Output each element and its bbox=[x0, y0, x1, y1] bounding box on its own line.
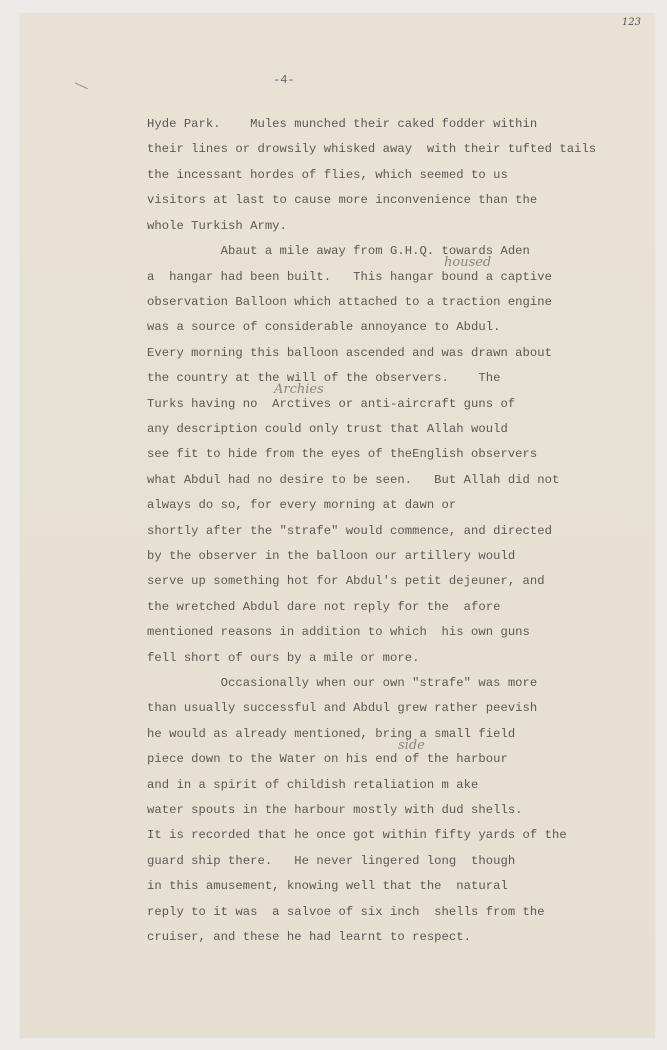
text-line: see fit to hide from the eyes of theEngl… bbox=[147, 447, 537, 461]
text-line: their lines or drowsily whisked away wit… bbox=[147, 142, 596, 156]
text-line: whole Turkish Army. bbox=[147, 219, 287, 233]
text-line: reply to it was a salvoe of six inch she… bbox=[147, 905, 545, 919]
text-line: any description could only trust that Al… bbox=[147, 422, 508, 436]
text-line: guard ship there. He never lingered long… bbox=[147, 854, 515, 868]
folio-number: 123 bbox=[622, 17, 641, 28]
text-line: visitors at last to cause more inconveni… bbox=[147, 193, 537, 207]
paper-tear-mark bbox=[72, 82, 88, 94]
text-line: by the observer in the balloon our artil… bbox=[147, 549, 515, 563]
text-line: than usually successful and Abdul grew r… bbox=[147, 701, 537, 715]
text-line: Every morning this balloon ascended and … bbox=[147, 346, 552, 360]
text-line: fell short of ours by a mile or more. bbox=[147, 651, 419, 665]
text-line: was a source of considerable annoyance t… bbox=[147, 320, 500, 334]
text-line: mentioned reasons in addition to which h… bbox=[147, 625, 530, 639]
text-line: the wretched Abdul dare not reply for th… bbox=[147, 600, 500, 614]
text-line: observation Balloon which attached to a … bbox=[147, 295, 552, 309]
text-line: a hangar had been built. This hangar bou… bbox=[147, 270, 552, 284]
text-line: Occasionally when our own "strafe" was m… bbox=[147, 676, 537, 690]
text-line: and in a spirit of childish retaliation … bbox=[147, 778, 478, 792]
text-line: he would as already mentioned, bring a s… bbox=[147, 727, 515, 741]
text-line: in this amusement, knowing well that the… bbox=[147, 879, 508, 893]
handwritten-correction: Archies bbox=[274, 382, 324, 397]
text-line: shortly after the "strafe" would commenc… bbox=[147, 524, 552, 538]
text-line: Hyde Park. Mules munched their caked fod… bbox=[147, 117, 537, 131]
text-line: serve up something hot for Abdul's petit… bbox=[147, 574, 545, 588]
text-line: always do so, for every morning at dawn … bbox=[147, 498, 456, 512]
text-line: It is recorded that he once got within f… bbox=[147, 828, 567, 842]
text-line: Turks having no Arctives or anti-aircraf… bbox=[147, 397, 515, 411]
page-number: -4- bbox=[273, 73, 295, 87]
handwritten-correction: housed bbox=[444, 255, 491, 270]
text-line: piece down to the Water on his end of th… bbox=[147, 752, 508, 766]
document-page: 123 -4- Hyde Park. Mules munched their c… bbox=[20, 13, 655, 1038]
text-line: the incessant hordes of flies, which see… bbox=[147, 168, 508, 182]
text-line: cruiser, and these he had learnt to resp… bbox=[147, 930, 471, 944]
text-line: water spouts in the harbour mostly with … bbox=[147, 803, 523, 817]
handwritten-correction: side bbox=[398, 738, 425, 753]
text-line: what Abdul had no desire to be seen. But… bbox=[147, 473, 559, 487]
